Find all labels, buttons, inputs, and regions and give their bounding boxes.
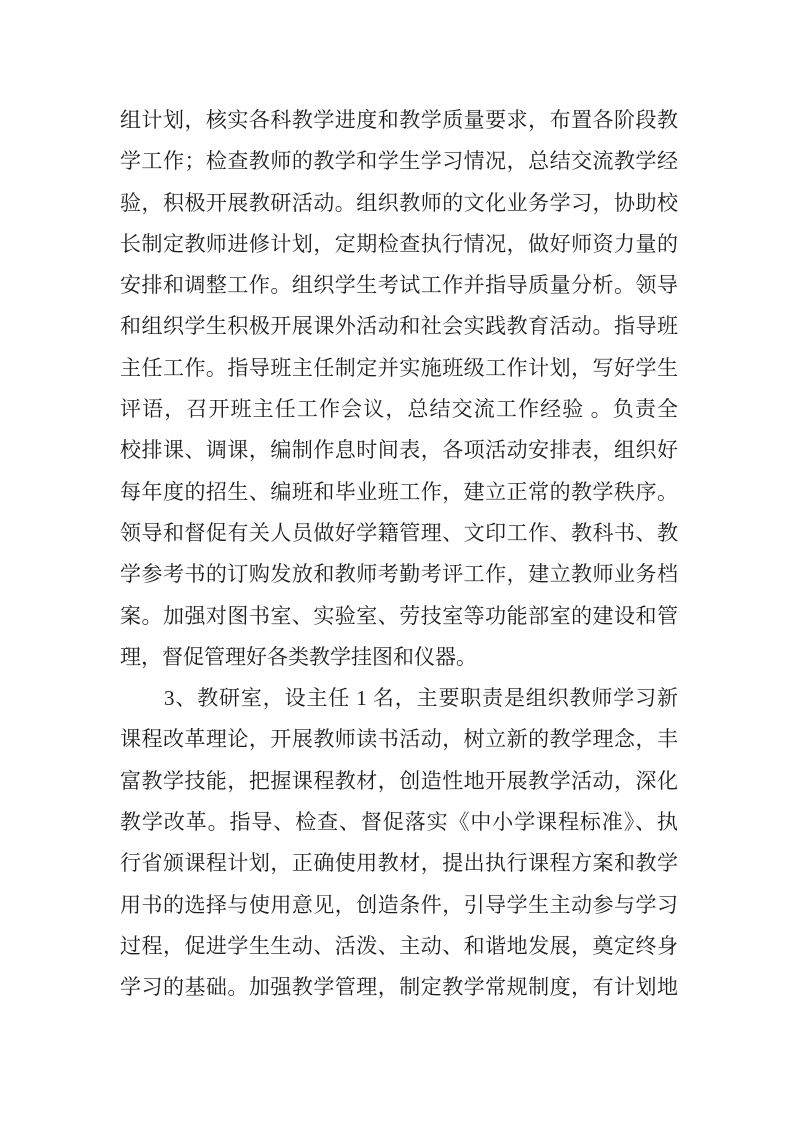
text-line: 每年度的招生、编班和毕业班工作，建立正常的教学秩序。 xyxy=(120,472,678,513)
text-line: 用书的选择与使用意见，创造条件，引导学生主动参与学习 xyxy=(120,885,678,926)
text-line: 主任工作。指导班主任制定并实施班级工作计划，写好学生 xyxy=(120,348,678,389)
text-line: 学工作；检查教师的教学和学生学习情况，总结交流教学经 xyxy=(120,141,678,182)
text-line: 学习的基础。加强教学管理，制定教学常规制度，有计划地 xyxy=(120,967,678,1008)
text-line: 教学改革。指导、检查、督促落实《中小学课程标准》、执 xyxy=(120,802,678,843)
text-line: 和组织学生积极开展课外活动和社会实践教育活动。指导班 xyxy=(120,306,678,347)
text-line: 长制定教师进修计划，定期检查执行情况，做好师资力量的 xyxy=(120,224,678,265)
text-line: 评语，召开班主任工作会议，总结交流工作经验 。负责全 xyxy=(120,389,678,430)
text-line: 行省颁课程计划，正确使用教材，提出执行课程方案和教学 xyxy=(120,843,678,884)
text-line: 富教学技能，把握课程教材，创造性地开展教学活动，深化 xyxy=(120,761,678,802)
document-text-block: 组计划，核实各科教学进度和教学质量要求，布置各阶段教学工作；检查教师的教学和学生… xyxy=(120,100,678,1009)
text-line: 组计划，核实各科教学进度和教学质量要求，布置各阶段教 xyxy=(120,100,678,141)
document-page: 组计划，核实各科教学进度和教学质量要求，布置各阶段教学工作；检查教师的教学和学生… xyxy=(0,0,793,1122)
text-line: 验，积极开展教研活动。组织教师的文化业务学习，协助校 xyxy=(120,183,678,224)
text-line: 学参考书的订购发放和教师考勤考评工作，建立教师业务档 xyxy=(120,554,678,595)
text-line: 课程改革理论，开展教师读书活动，树立新的教学理念，丰 xyxy=(120,719,678,760)
text-line: 领导和督促有关人员做好学籍管理、文印工作、教科书、教 xyxy=(120,513,678,554)
text-line: 理，督促管理好各类教学挂图和仪器。 xyxy=(120,637,678,678)
text-line: 校排课、调课，编制作息时间表，各项活动安排表，组织好 xyxy=(120,430,678,471)
text-line: 过程，促进学生生动、活泼、主动、和谐地发展，奠定终身 xyxy=(120,926,678,967)
text-line: 安排和调整工作。组织学生考试工作并指导质量分析。领导 xyxy=(120,265,678,306)
paragraph-section-3-teaching-research-office: 3、教研室，设主任 1 名，主要职责是组织教师学习新课程改革理论，开展教师读书活… xyxy=(120,678,678,1008)
text-line: 3、教研室，设主任 1 名，主要职责是组织教师学习新 xyxy=(120,678,678,719)
text-line: 案。加强对图书室、实验室、劳技室等功能部室的建设和管 xyxy=(120,596,678,637)
paragraph-teaching-affairs-duties-continuation: 组计划，核实各科教学进度和教学质量要求，布置各阶段教学工作；检查教师的教学和学生… xyxy=(120,100,678,678)
